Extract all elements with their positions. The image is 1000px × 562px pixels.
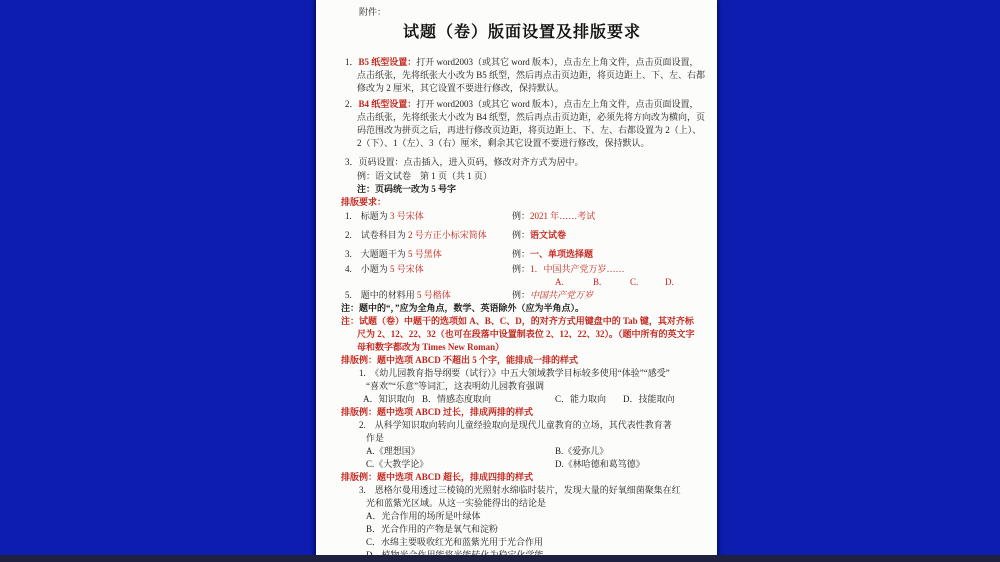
option-b: B.《爱弥儿》	[555, 445, 608, 458]
note-tab-align-line-2: 尺为 2、12、22、32（也可在段落中设置制表位 2、12、22、32）。（题…	[357, 328, 717, 341]
question-3-option-c: C．水绵主要吸收红光和蓝紫光用于光合作用	[366, 536, 717, 549]
layout-requirements-header: 排版要求：	[341, 196, 717, 209]
option-d: D.《林哈德和葛笃德》	[555, 458, 645, 471]
question-3-line-2: 光和蓝紫光区域。从这一实验能得出的结论是	[366, 497, 717, 510]
question-2-line-1: 2. 从科学知识取向转向儿童经验取向是现代儿童教育的立场，其代表性教育著	[359, 419, 717, 432]
question-2-line-2: 作是	[366, 432, 717, 445]
page-number-example: 例：语文试卷 第 1 页（共 1 页）	[357, 170, 717, 183]
setup-item-1-line-1: 1．B5 纸型设置：打开 word2003（或其它 word 版本），点击左上角…	[345, 56, 717, 69]
question-1-line-1: 1. 《幼儿园教育指导纲要（试行）》中五大领域教学目标较多使用“体验”“感受”	[359, 367, 717, 380]
question-3-line-1: 3. 恩格尔曼用透过三棱镜的光照射水绵临时装片，发现大量的好氧细菌聚集在红	[359, 484, 717, 497]
page-title: 试题（卷）版面设置及排版要求	[341, 23, 703, 43]
req-example-5: 例：中国共产党万岁	[512, 289, 593, 302]
layout-example-1-header: 排版例：题中选项 ABCD 不超出 5 个字，能排成一排的样式	[341, 354, 717, 367]
req-example-4: 例：1．中国共产党万岁……	[512, 263, 625, 276]
question-1-options-row: A．知识取向 B．情感态度取向 C．能力取向 D．技能取向	[341, 393, 717, 406]
setup-item-2-line-4: 2（下）、1（左）、3（右）厘米，剩余其它设置不要进行修改，保持默认。	[357, 137, 717, 150]
item-number: 2．	[345, 99, 359, 109]
item-label: B4 纸型设置：	[359, 99, 417, 109]
option-c: C.《大教学论》	[366, 459, 428, 469]
option-a: A．知识取向	[363, 393, 415, 406]
document-page: 附件： 试题（卷）版面设置及排版要求 1．B5 纸型设置：打开 word2003…	[316, 0, 717, 562]
setup-item-1-line-2: 点击纸张，先将纸张大小改为 B5 纸型，然后再点击页边距，将页边距上、下、左、右…	[357, 69, 717, 82]
question-3-option-a: A．光合作用的场所是叶绿体	[366, 510, 717, 523]
abcd-alignment-row: A. B. C. D.	[341, 276, 717, 289]
note-tab-align-line-3: 母和数字都改为 Times New Roman）	[357, 341, 717, 354]
item-number: 3．	[345, 157, 359, 167]
option-b: B．情感态度取向	[422, 393, 491, 406]
setup-item-2-line-2: 点击纸张，先将纸张大小改为 B4 纸型，然后再点击页边距，必须先将方向改为横向，…	[357, 111, 717, 124]
question-2-options-row-2: C.《大教学论》 D.《林哈德和葛笃德》	[366, 458, 717, 471]
note-fullwidth-punct: 注：题中的“，”应为全角点，数学、英语除外（应为半角点）。	[341, 302, 717, 315]
req-example-3: 例：一、单项选择题	[512, 248, 593, 261]
setup-item-2-line-3: 码范围改为拼页之后，再进行修改页边距，将页边距上、下、左、右都设置为 2（上）、	[357, 124, 717, 137]
req-row-4: 4. 小题为 5 号宋体 例：1．中国共产党万岁……	[345, 263, 717, 276]
question-1-line-2: “喜欢”“乐意”等词汇，这表明幼儿园教育强调	[366, 380, 717, 393]
item-label: B5 纸型设置：	[359, 57, 417, 67]
item-number: 1．	[345, 57, 359, 67]
setup-item-3: 3．页码设置：点击插入，进入页码，修改对齐方式为居中。	[345, 156, 717, 169]
attachment-label: 附件：	[359, 6, 717, 19]
bottom-letterbox-bar	[0, 555, 1000, 562]
req-row-2: 2. 试卷科目为 2 号方正小标宋简体 例：语文试卷	[345, 229, 717, 242]
req-example-2: 例：语文试卷	[512, 229, 566, 242]
layout-example-3-header: 排版例：题中选项 ABCD 超长，排成四排的样式	[341, 471, 717, 484]
page-number-note: 注：页码统一改为 5 号字	[357, 183, 717, 196]
option-c: C．能力取向	[555, 393, 606, 406]
layout-example-2-header: 排版例：题中选项 ABCD 过长，排成两排的样式	[341, 406, 717, 419]
req-example-1: 例：2021 年……考试	[512, 210, 595, 223]
setup-item-1-line-3: 修改为 2 厘米，其它设置不要进行修改，保持默认。	[357, 82, 717, 95]
option-d: D．技能取向	[623, 393, 675, 406]
setup-item-2-line-1: 2．B4 纸型设置：打开 word2003（或其它 word 版本），点击左上角…	[345, 98, 717, 111]
req-row-3: 3. 大题题干为 5 号黑体 例：一、单项选择题	[345, 248, 717, 261]
req-row-5: 5. 题中的材料用 5 号楷体 例：中国共产党万岁	[345, 289, 717, 302]
note-tab-align-line-1: 注：试题（卷）中题干的选项如 A、B、C、D，的对齐方式用键盘中的 Tab 键，…	[341, 315, 717, 328]
req-row-1: 1. 标题为 3 号宋体 例：2021 年……考试	[345, 210, 717, 223]
question-3-option-b: B．光合作用的产物是氧气和淀粉	[366, 523, 717, 536]
question-2-options-row-1: A.《理想国》 B.《爱弥儿》	[366, 445, 717, 458]
option-a: A.《理想国》	[366, 446, 420, 456]
